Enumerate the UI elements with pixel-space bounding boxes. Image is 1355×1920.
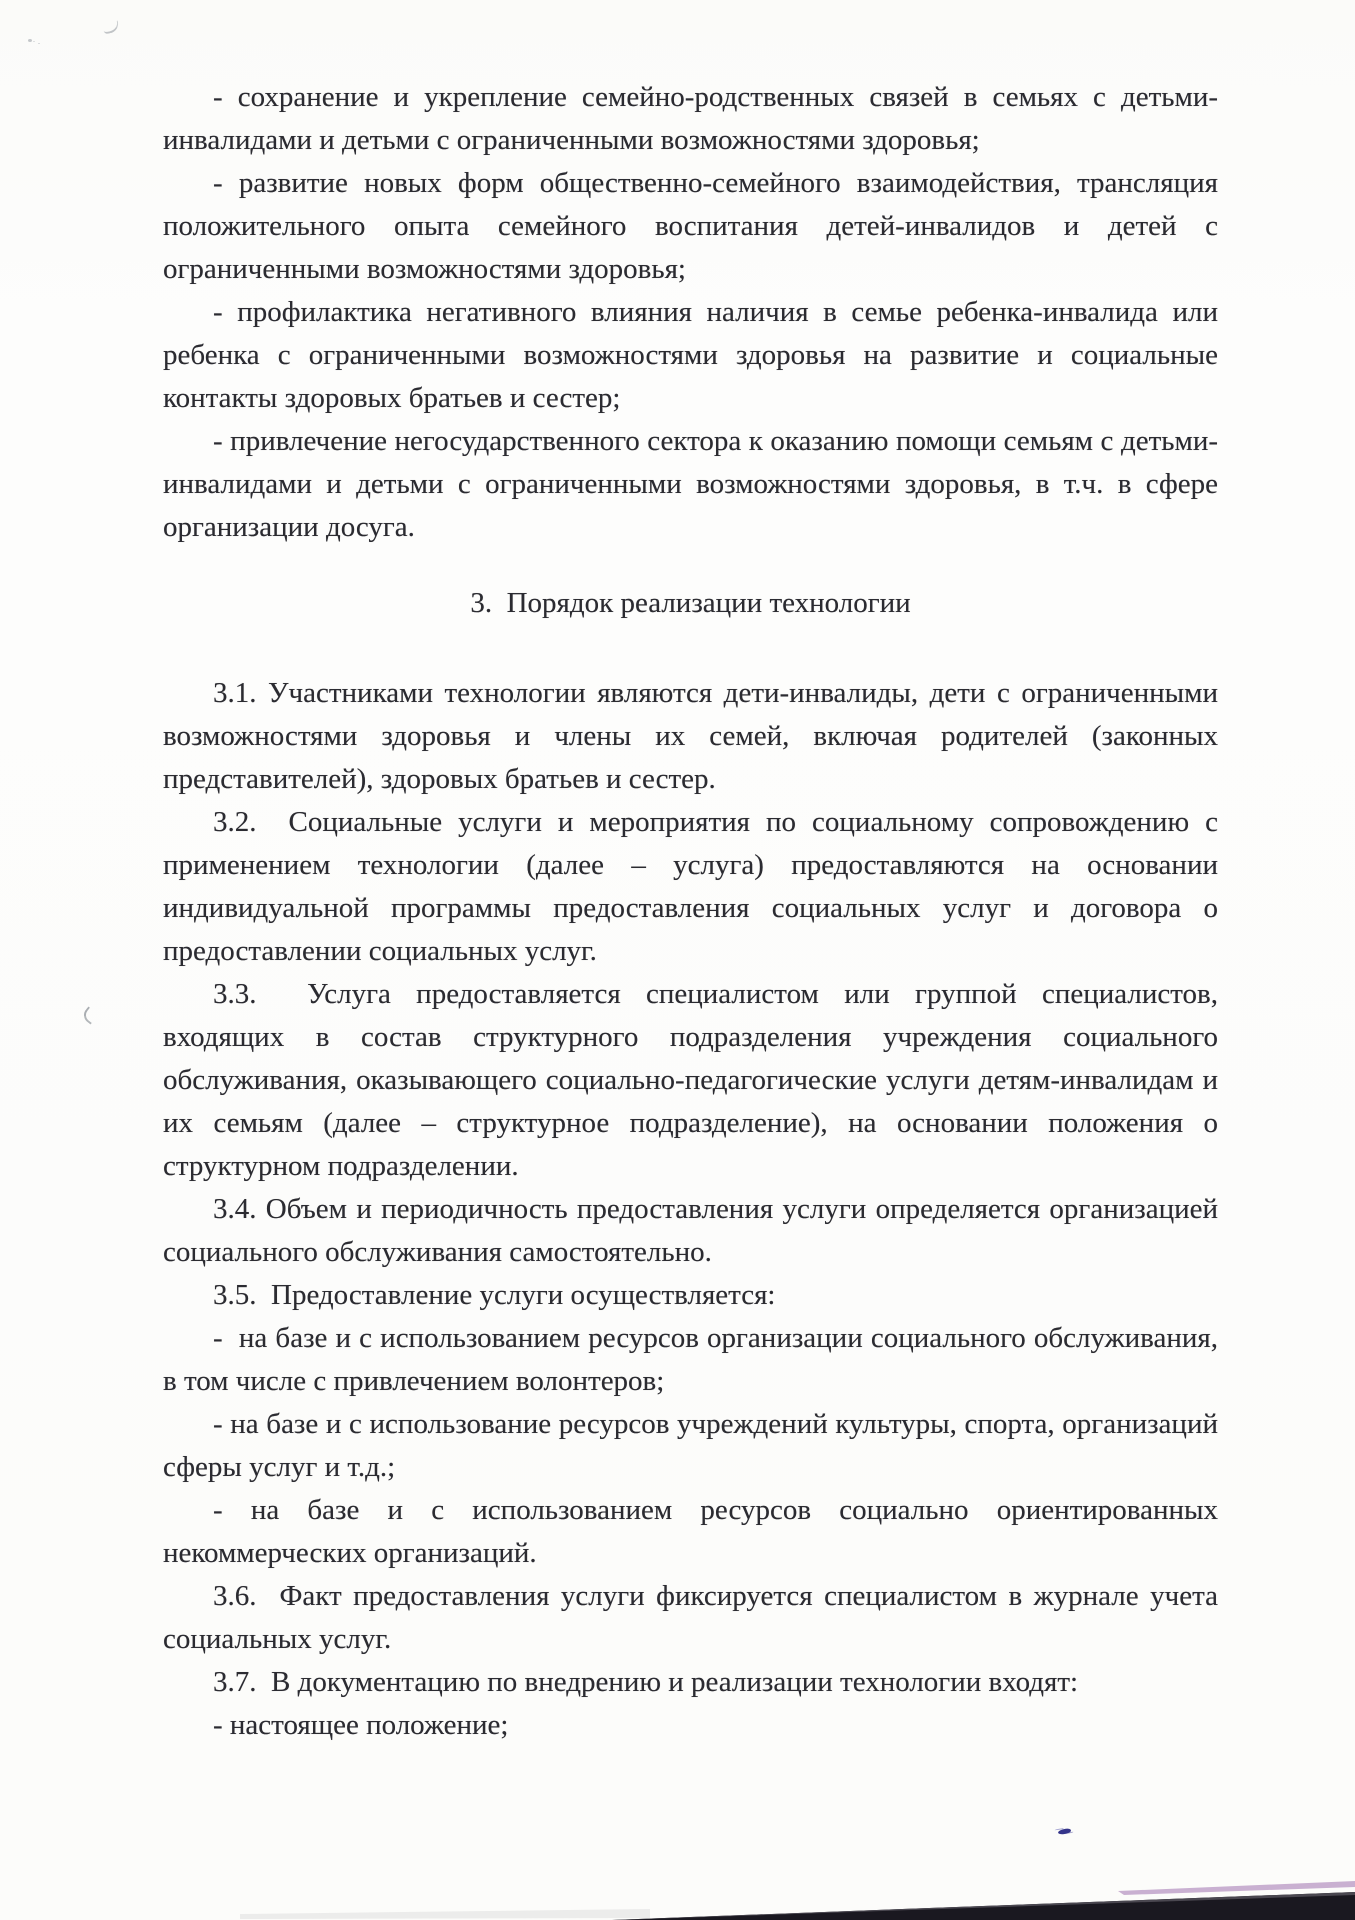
- paragraph: 3.2. Социальные услуги и мероприятия по …: [163, 801, 1218, 973]
- paragraph: - сохранение и укрепление семейно-родств…: [163, 76, 1218, 162]
- paragraph: - на базе и с использование ресурсов учр…: [163, 1403, 1218, 1489]
- paragraph: 3.1. Участниками технологии являются дет…: [163, 672, 1218, 801]
- paragraph: - развитие новых форм общественно-семейн…: [163, 162, 1218, 291]
- paragraph: 3.5. Предоставление услуги осуществляетс…: [163, 1274, 1218, 1317]
- paragraph: - настоящее положение;: [163, 1704, 1218, 1747]
- paragraph: - на базе и с использованием ресурсов ор…: [163, 1317, 1218, 1403]
- document-page: - сохранение и укрепление семейно-родств…: [0, 0, 1355, 1920]
- scan-artifact-curl: [102, 20, 120, 34]
- paragraph: 3.6. Факт предоставления услуги фиксируе…: [163, 1575, 1218, 1661]
- ink-speck: [1058, 1828, 1072, 1835]
- paragraph: - профилактика негативного влияния налич…: [163, 291, 1218, 420]
- scan-artifact-squiggle: [80, 1006, 98, 1024]
- text-body: - сохранение и укрепление семейно-родств…: [163, 76, 1218, 1747]
- scan-page-edge: [0, 1876, 1355, 1920]
- paragraph: 3.3. Услуга предоставляется специалистом…: [163, 973, 1218, 1188]
- scan-artifact-specks: [28, 39, 32, 42]
- paragraph: - на базе и с использованием ресурсов со…: [163, 1489, 1218, 1575]
- paragraph: 3.7. В документацию по внедрению и реали…: [163, 1661, 1218, 1704]
- paragraph: - привлечение негосударственного сектора…: [163, 420, 1218, 549]
- paragraph: 3.4. Объем и периодичность предоставлени…: [163, 1188, 1218, 1274]
- section-heading: 3. Порядок реализации технологии: [163, 582, 1218, 625]
